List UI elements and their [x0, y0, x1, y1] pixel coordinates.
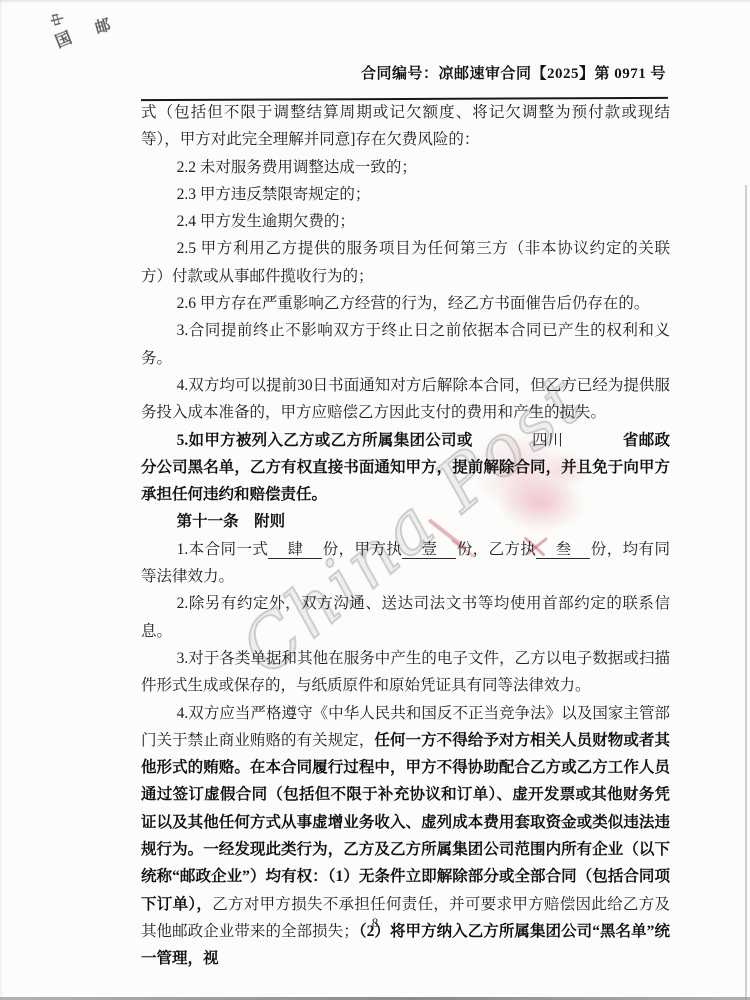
contract-paragraph: 2.2 未对服务费用调整达成一致的； — [141, 154, 670, 181]
text-segment: 份，乙方执 — [456, 541, 536, 558]
contract-paragraph: 2.6 甲方存在严重影响乙方经营的行为，经乙方书面催告后仍存在的。 — [141, 290, 670, 317]
contract-body: 式（包括但不限于调整结算周期或记欠额度、将记欠调整为预付款或现结等），甲方对此完… — [141, 99, 670, 973]
text-segment: 5.如甲方被列入乙方或乙方所属集团公司或 — [177, 432, 473, 449]
fill-in-blank: 壹 — [402, 541, 456, 559]
text-segment: 2.4 甲方发生逾期欠费的； — [177, 213, 355, 230]
fill-in-blank: 叁 — [536, 541, 590, 559]
text-segment: 2.6 甲方存在严重影响乙方经营的行为，经乙方书面催告后仍存在的。 — [177, 295, 650, 312]
contract-paragraph: 3.对于各类单据和其他在服务中产生的电子文件，乙方以电子数据或扫描件形式生成或保… — [141, 645, 670, 700]
contract-paragraph: 2.5 甲方利用乙方提供的服务项目为任何第三方（非本协议约定的关联方）付款或从事… — [141, 235, 670, 290]
contract-paragraph: 1.本合同一式肆份，甲方执壹份，乙方执叁份，均有同等法律效力。 — [141, 536, 670, 591]
contract-paragraph: 式（包括但不限于调整结算周期或记欠额度、将记欠调整为预付款或现结等），甲方对此完… — [141, 99, 670, 154]
page-number: 8 — [0, 915, 750, 931]
scan-edge-top — [0, 0, 750, 3]
text-segment: 式（包括但不限于调整结算周期或记欠额度、将记欠调整为预付款或现结等），甲方对此完… — [141, 104, 670, 148]
text-segment: 2.5 甲方利用乙方提供的服务项目为任何第三方（非本协议约定的关联方）付款或从事… — [141, 240, 670, 284]
text-segment: 2.2 未对服务费用调整达成一致的； — [177, 159, 417, 176]
contract-paragraph: 2.除另有约定外，双方沟通、送达司法文书等均使用首部约定的联系信息。 — [141, 590, 670, 645]
text-segment: 2.3 甲方违反禁限寄规定的； — [177, 186, 371, 203]
text-segment: 3.对于各类单据和其他在服务中产生的电子文件，乙方以电子数据或扫描件形式生成或保… — [141, 650, 670, 694]
clause-heading: 第十一条 附则 — [141, 508, 670, 535]
scanned-contract-page: 中 国 邮 合同编号：凉邮速审合同【2025】第 0971 号 China Po… — [0, 0, 750, 1000]
contract-paragraph: 4.双方应当严格遵守《中华人民共和国反不正当竞争法》以及国家主管部门关于禁止商业… — [141, 700, 670, 973]
text-segment: 4.双方均可以提前30日书面通知对方后解除本合同，但乙方已经为提供服务投入成本准… — [141, 377, 670, 421]
fill-in-blank: 肆 — [268, 541, 322, 559]
text-segment: 1.本合同一式 — [177, 541, 269, 558]
text-segment: 2.除另有约定外，双方沟通、送达司法文书等均使用首部约定的联系信息。 — [141, 595, 670, 639]
text-segment: 3.合同提前终止不影响双方于终止日之前依据本合同已产生的权利和义务。 — [141, 322, 670, 366]
text-segment: 第十一条 附则 — [177, 513, 286, 530]
contract-paragraph: 5.如甲方被列入乙方或乙方所属集团公司或四川省邮政分公司黑名单，乙方有权直接书面… — [141, 427, 670, 509]
handwritten-corner-mark: 邮 — [92, 13, 112, 37]
scan-edge-right — [745, 185, 747, 1000]
contract-paragraph: 2.4 甲方发生逾期欠费的； — [141, 208, 670, 235]
handwritten-corner-mark: 国 — [51, 25, 74, 52]
scan-edge-left — [0, 0, 3, 1000]
contract-number-header: 合同编号：凉邮速审合同【2025】第 0971 号 — [0, 62, 666, 83]
contract-paragraph: 4.双方均可以提前30日书面通知对方后解除本合同，但乙方已经为提供服务投入成本准… — [141, 372, 670, 427]
contract-paragraph: 3.合同提前终止不影响双方于终止日之前依据本合同已产生的权利和义务。 — [141, 317, 670, 372]
fill-in-text: 四川 — [473, 427, 623, 454]
text-segment: 份，甲方执 — [322, 541, 402, 558]
contract-paragraph: 2.3 甲方违反禁限寄规定的； — [141, 181, 670, 208]
